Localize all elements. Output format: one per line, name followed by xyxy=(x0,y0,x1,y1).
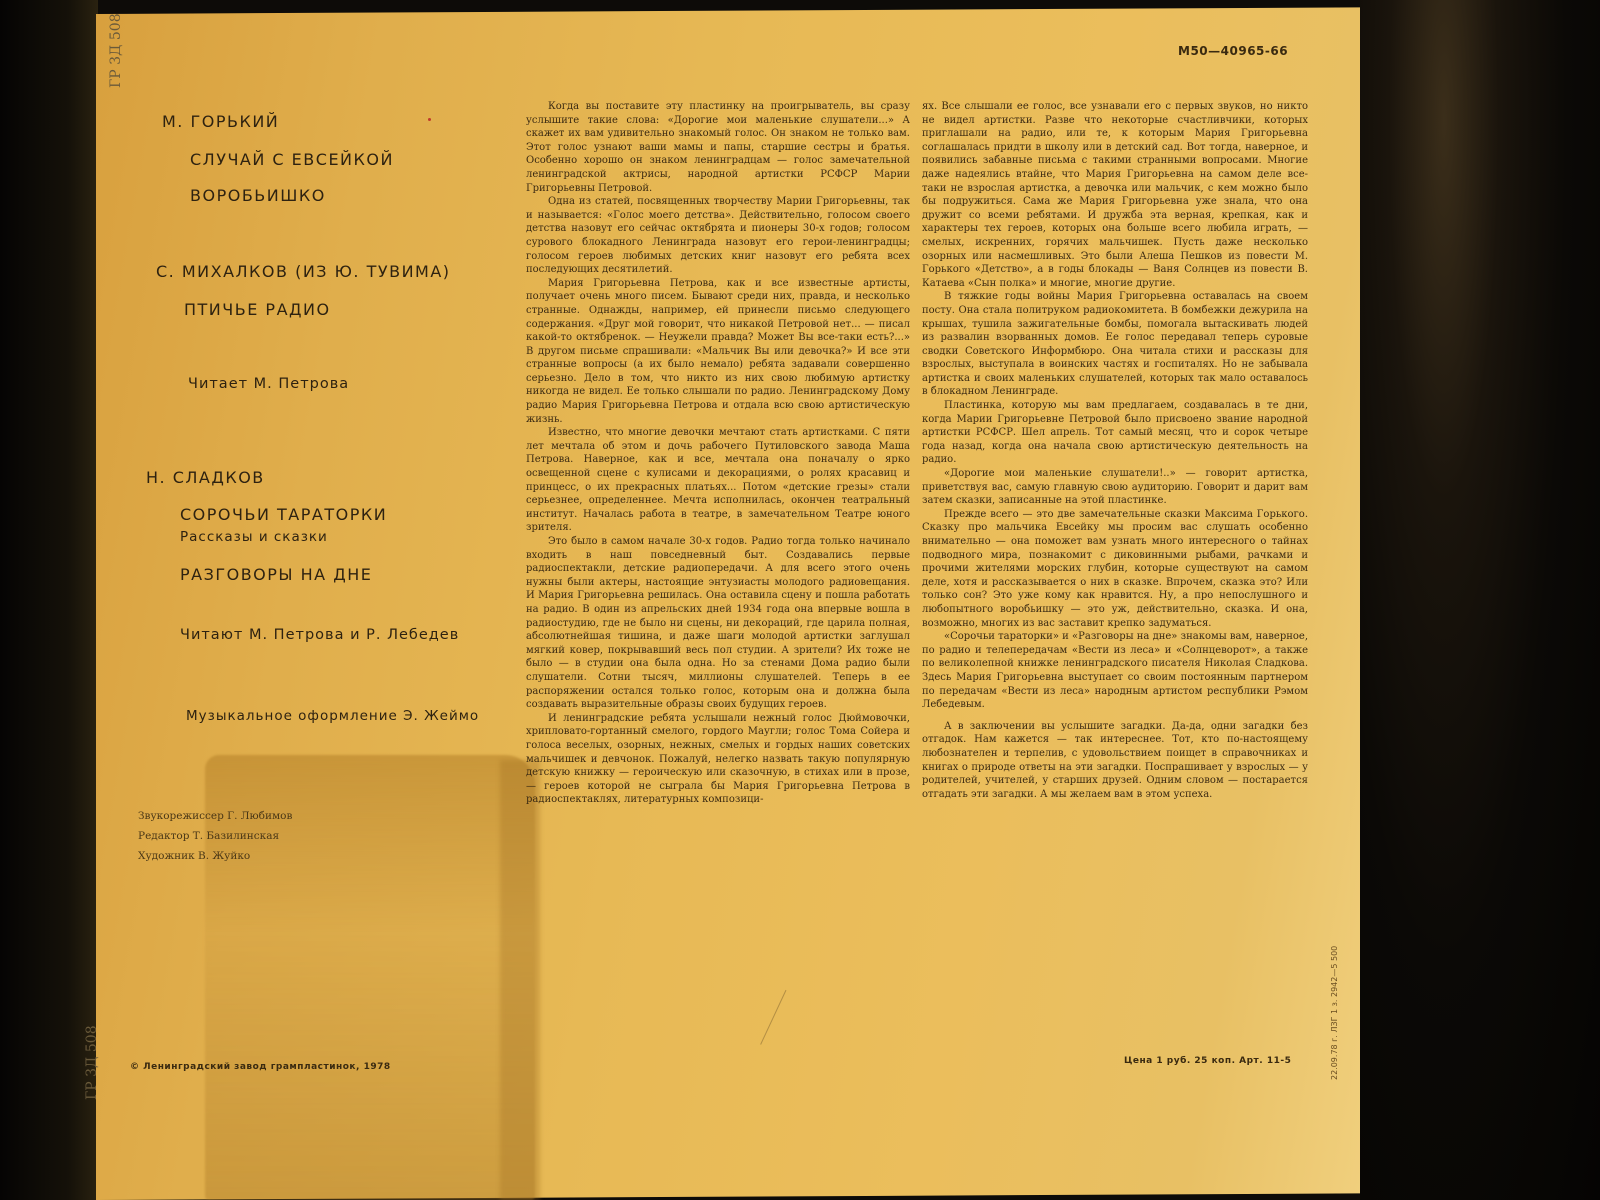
reader-credit: Читает М. Петрова xyxy=(188,376,349,392)
article-paragraph: Мария Григорьевна Петрова, как и все изв… xyxy=(526,277,910,427)
dark-background-right xyxy=(1360,0,1600,1200)
author-gorky: М. ГОРЬКИЙ xyxy=(162,112,279,131)
credit-line: Художник В. Жуйко xyxy=(138,846,292,866)
article-paragraph: Прежде всего — это две замечательные ска… xyxy=(922,508,1308,630)
red-mark xyxy=(428,118,431,121)
track-title: СОРОЧЬИ ТАРАТОРКИ xyxy=(180,505,387,524)
article-paragraph: А в заключении вы услышите загадки. Да-д… xyxy=(922,720,1308,802)
catalog-number: М50—40965-66 xyxy=(1178,44,1288,58)
article-paragraph: Это было в самом начале 30-х годов. Ради… xyxy=(526,535,910,712)
article-column-1: Когда вы поставите эту пластинку на прои… xyxy=(526,100,910,807)
author-mikhalkov: С. МИХАЛКОВ (ИЗ Ю. ТУВИМА) xyxy=(156,262,451,281)
handwritten-shelf-mark-bottom: ГР 3Д 508 xyxy=(84,1025,100,1100)
article-paragraph: ях. Все слышали ее голос, все узнавали е… xyxy=(922,100,1308,290)
track-subtitle: Рассказы и сказки xyxy=(180,529,328,545)
handwritten-shelf-mark-top: ГР 3Д 508 xyxy=(108,13,124,88)
track-title: СЛУЧАЙ С ЕВСЕЙКОЙ xyxy=(190,150,394,169)
dark-background-left xyxy=(0,0,98,1200)
track-title: РАЗГОВОРЫ НА ДНЕ xyxy=(180,565,372,584)
production-credits: Звукорежиссер Г. Любимов Редактор Т. Баз… xyxy=(138,806,292,866)
author-sladkov: Н. СЛАДКОВ xyxy=(146,468,265,487)
article-paragraph: Когда вы поставите эту пластинку на прои… xyxy=(526,100,910,195)
copyright-line: © Ленинградский завод грампластинок, 197… xyxy=(130,1062,391,1072)
print-info: 22.09.78 г. ЛЗГ 1 з. 2942—5 500 xyxy=(1330,946,1339,1080)
reader-credit: Читают М. Петрова и Р. Лебедев xyxy=(180,627,459,643)
article-paragraph: Пластинка, которую мы вам предлагаем, со… xyxy=(922,399,1308,467)
credit-line: Редактор Т. Базилинская xyxy=(138,826,292,846)
track-title: ПТИЧЬЕ РАДИО xyxy=(184,300,331,319)
article-paragraph: «Дорогие мои маленькие слушатели!..» — г… xyxy=(922,467,1308,508)
article-paragraph: И ленинградские ребята услышали нежный г… xyxy=(526,712,910,807)
price-line: Цена 1 руб. 25 коп. Арт. 11-5 xyxy=(1124,1056,1291,1066)
article-paragraph: Известно, что многие девочки мечтают ста… xyxy=(526,426,910,535)
track-title: ВОРОБЬИШКО xyxy=(190,186,326,205)
article-paragraph: «Сорочьи тараторки» и «Разговоры на дне»… xyxy=(922,630,1308,712)
article-paragraph: Одна из статей, посвященных творчеству М… xyxy=(526,195,910,277)
music-credit: Музыкальное оформление Э. Жеймо xyxy=(186,708,479,724)
water-stain-edge xyxy=(500,760,540,1200)
credit-line: Звукорежиссер Г. Любимов xyxy=(138,806,292,826)
article-column-2: ях. Все слышали ее голос, все узнавали е… xyxy=(922,100,1308,801)
article-paragraph: В тяжкие годы войны Мария Григорьевна ос… xyxy=(922,290,1308,399)
